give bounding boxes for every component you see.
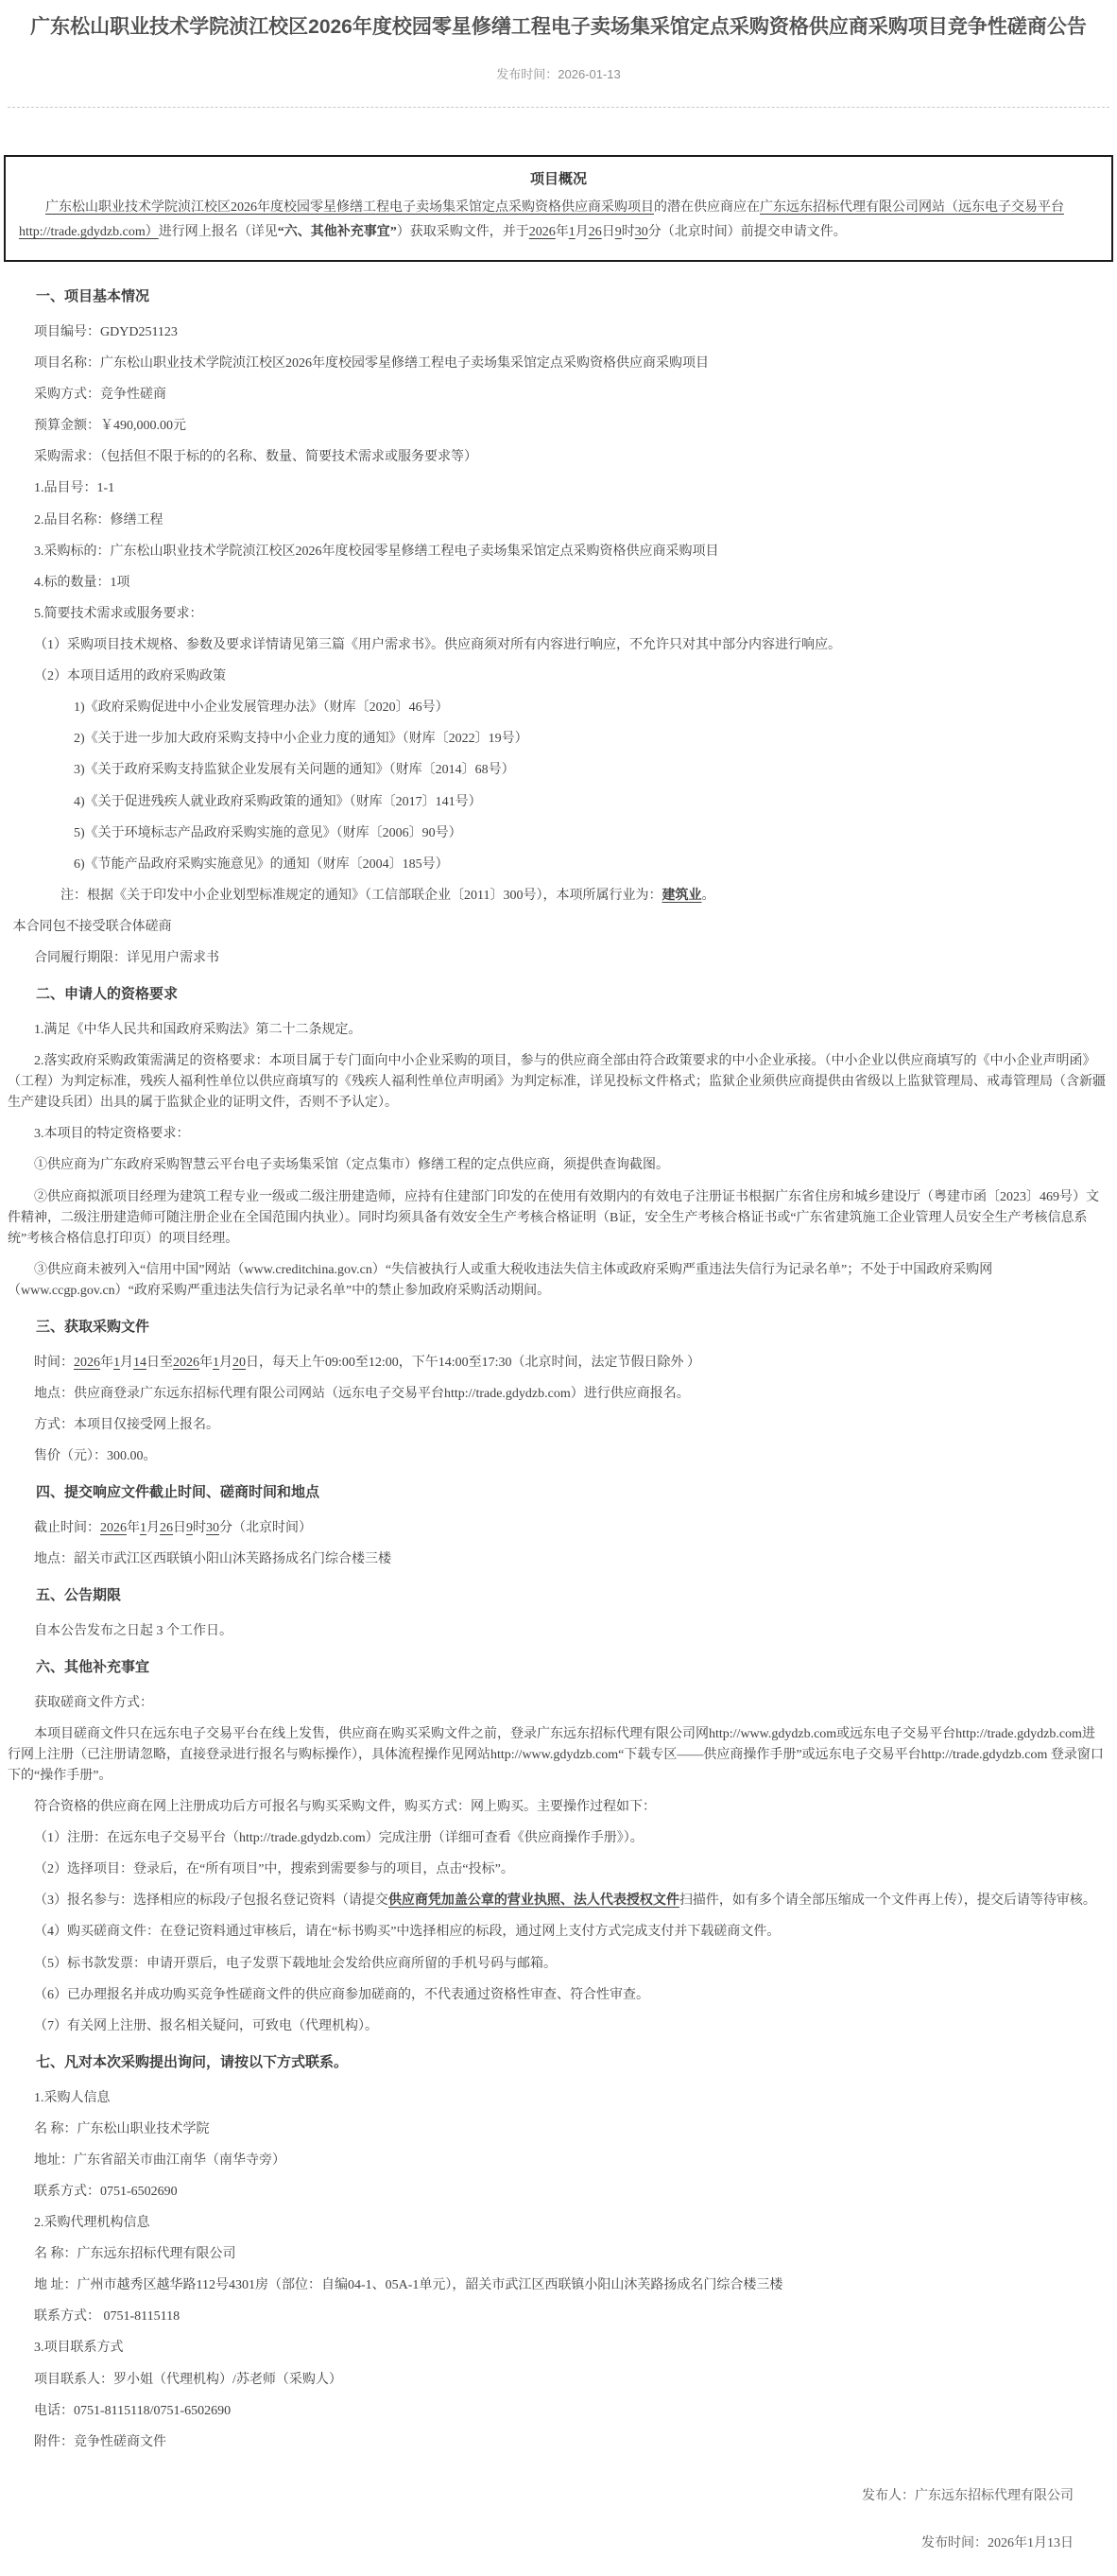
emphasized-text: 1 [569, 225, 576, 239]
text-run: 四、提交响应文件截止时间、磋商时间和地点 [36, 1484, 319, 1500]
text-run: （1）采购项目技术规格、参数及要求详情请见第三篇《用户需求书》。供应商须对所有内… [34, 638, 841, 652]
text-run: 6)《节能产品政府采购实施意见》的通知（财库〔2004〕185号） [74, 857, 449, 872]
text-run: 一、项目基本情况 [36, 288, 149, 304]
text-run: 1)《政府采购促进中小企业发展管理办法》（财库〔2020〕46号） [74, 700, 449, 715]
text-run: 地址：广东省韶关市曲江南华（南华寺旁） [34, 2153, 285, 2168]
text-run: 日，每天上午09:00至12:00，下午14:00至17:30（北京时间，法定节… [246, 1356, 700, 1370]
emphasized-text: 2026 [74, 1356, 100, 1370]
text-run: （4）购买磋商文件：在登记资料通过审核后，请在“标书购买”中选择相应的标段，通过… [34, 1925, 780, 1939]
paragraph: 地点：供应商登录广东远东招标代理有限公司网站（远东电子交易平台http://tr… [8, 1384, 1106, 1405]
emphasized-text: 供应商凭加盖公章的营业执照、法人代表授权文件 [388, 1893, 679, 1908]
text-run: 3.本项目的特定资格要求： [34, 1127, 190, 1141]
paragraph: 获取磋商文件方式： [8, 1693, 1106, 1714]
paragraph: 1)《政府采购促进中小企业发展管理办法》（财库〔2020〕46号） [8, 698, 1106, 718]
text-run: 月 [146, 1521, 160, 1535]
text-run: 地点：韶关市武江区西联镇小阳山沐芙路扬成名门综合楼三楼 [34, 1552, 391, 1566]
text-run: 联系方式：0751-6502690 [34, 2185, 178, 2199]
emphasized-text: 建筑业 [662, 889, 701, 903]
paragraph: 时间：2026年1月14日至2026年1月20日，每天上午09:00至12:00… [8, 1353, 1106, 1374]
paragraph: 5)《关于环境标志产品政府采购实施的意见》（财库〔2006〕90号） [8, 823, 1106, 844]
text-run: 4)《关于促进残疾人就业政府采购政策的通知》（财库〔2017〕141号） [74, 795, 482, 809]
paragraph: 注：根据《关于印发中小企业划型标准规定的通知》（工信部联企业〔2011〕300号… [8, 886, 1106, 907]
paragraph: 4)《关于促进残疾人就业政府采购政策的通知》（财库〔2017〕141号） [8, 792, 1106, 813]
paragraph: （4）购买磋商文件：在登记资料通过审核后，请在“标书购买”中选择相应的标段，通过… [8, 1922, 1106, 1943]
text-run: ①供应商为广东政府采购智慧云平台电子卖场集采馆（定点集市）修缮工程的定点供应商，… [34, 1158, 669, 1172]
text-run: 的潜在供应商应在 [654, 200, 760, 215]
text-run: 项目名称：广东松山职业技术学院浈江校区2026年度校园零星修缮工程电子卖场集采馆… [34, 356, 709, 371]
paragraph: （1）采购项目技术规格、参数及要求详情请见第三篇《用户需求书》。供应商须对所有内… [8, 635, 1106, 656]
text-run: 分 [648, 225, 662, 239]
emphasized-text: 26 [160, 1521, 173, 1535]
paragraph: 预算金额：￥490,000.00元 [8, 416, 1106, 437]
paragraph: （3）报名参与：选择相应的标段/子包报名登记资料（请提交供应商凭加盖公章的营业执… [8, 1891, 1106, 1911]
text-run: 3)《关于政府采购支持监狱企业发展有关问题的通知》（财库〔2014〕68号） [74, 763, 515, 777]
paragraph: 联系方式：0751-6502690 [8, 2182, 1106, 2203]
emphasized-text: 9 [615, 225, 622, 239]
text-run: 售价（元）：300.00。 [34, 1449, 157, 1463]
emphasized-text: 2026 [529, 225, 556, 239]
text-run: （2）本项目适用的政府采购政策 [34, 669, 226, 683]
text-run: 名 称：广东松山职业技术学院 [34, 2122, 210, 2136]
text-run: 2.品目名称：修缮工程 [34, 513, 163, 527]
paragraph: 3.采购标的：广东松山职业技术学院浈江校区2026年度校园零星修缮工程电子卖场集… [8, 542, 1106, 562]
text-run: 3.采购标的：广东松山职业技术学院浈江校区2026年度校园零星修缮工程电子卖场集… [34, 545, 719, 559]
text-run: 月 [120, 1356, 133, 1370]
dashed-divider [8, 107, 1109, 108]
publish-time: 发布时间：2026-01-13 [0, 64, 1117, 82]
emphasized-text: 1 [140, 1521, 146, 1535]
document-body: 一、项目基本情况项目编号：GDYD251123项目名称：广东松山职业技术学院浈江… [0, 262, 1117, 2453]
paragraph: ①供应商为广东政府采购智慧云平台电子卖场集采馆（定点集市）修缮工程的定点供应商，… [8, 1155, 1106, 1176]
paragraph: 附件：竞争性磋商文件 [8, 2432, 1106, 2453]
emphasized-text: 1 [113, 1356, 120, 1370]
paragraph: 名 称：广东远东招标代理有限公司 [8, 2244, 1106, 2265]
paragraph: 电话：0751-8115118/0751-6502690 [8, 2401, 1106, 2422]
text-run: 时 [193, 1521, 206, 1535]
text-run: 年 [100, 1356, 113, 1370]
text-run: 2.采购代理机构信息 [34, 2216, 150, 2230]
text-run: 时间： [34, 1356, 74, 1370]
text-run: 联系方式： 0751-8115118 [34, 2309, 180, 2324]
emphasized-text: 2026 [100, 1521, 127, 1535]
text-run: 5.简要技术需求或服务要求： [34, 607, 203, 621]
paragraph: 4.标的数量：1项 [8, 573, 1106, 594]
text-run: 本项目磋商文件只在远东电子交易平台在线上发售，供应商在购买采购文件之前，登录广东… [8, 1727, 1104, 1783]
paragraph: 5.简要技术需求或服务要求： [8, 604, 1106, 625]
text-run: 。 [701, 889, 714, 903]
emphasized-text: 9 [186, 1521, 193, 1535]
text-run: 方式：本项目仅接受网上报名。 [34, 1418, 219, 1432]
text-run: 五、公告期限 [36, 1587, 121, 1603]
emphasized-text: 30 [635, 225, 648, 239]
text-run: ②供应商拟派项目经理为建筑工程专业一级或二级注册建造师，应持有住建部门印发的在使… [8, 1190, 1099, 1246]
text-run: （5）标书款发票：申请开票后，电子发票下载地址会发给供应商所留的手机号码与邮箱。 [34, 1957, 557, 1971]
text-run: 附件：竞争性磋商文件 [34, 2435, 166, 2449]
footer-publisher: 发布人：广东远东招标代理有限公司 [0, 2485, 1074, 2504]
paragraph: （2）本项目适用的政府采购政策 [8, 666, 1106, 687]
emphasized-text: 1 [213, 1356, 219, 1370]
paragraph: 本项目磋商文件只在远东电子交易平台在线上发售，供应商在购买采购文件之前，登录广东… [8, 1724, 1106, 1787]
paragraph: 地 址：广州市越秀区越华路112号4301房（部位：自编04-1、05A-1单元… [8, 2275, 1106, 2296]
document-footer: 发布人：广东远东招标代理有限公司 发布时间：2026年1月13日 [0, 2485, 1117, 2551]
paragraph: 地址：广东省韶关市曲江南华（南华寺旁） [8, 2151, 1106, 2171]
emphasized-text: 26 [589, 225, 602, 239]
text-run: 年 [556, 225, 569, 239]
paragraph: 地点：韶关市武江区西联镇小阳山沐芙路扬成名门综合楼三楼 [8, 1549, 1106, 1570]
text-run: 日至 [146, 1356, 173, 1370]
text-run: 二、申请人的资格要求 [36, 986, 178, 1002]
paragraph: 采购方式：竞争性磋商 [8, 385, 1106, 406]
paragraph: 售价（元）：300.00。 [8, 1446, 1106, 1467]
text-run: （3）报名参与：选择相应的标段/子包报名登记资料（请提交 [34, 1893, 388, 1908]
paragraph: 3)《关于政府采购支持监狱企业发展有关问题的通知》（财库〔2014〕68号） [8, 760, 1106, 781]
text-run: 地 址：广州市越秀区越华路112号4301房（部位：自编04-1、05A-1单元… [34, 2278, 782, 2292]
text-run: 截止时间： [34, 1521, 100, 1535]
paragraph: 本合同包不接受联合体磋商 [8, 917, 1106, 938]
text-run: 年 [199, 1356, 213, 1370]
text-run: 3.项目联系方式 [34, 2341, 124, 2355]
text-run: 1.品目号：1-1 [34, 481, 114, 495]
text-run: 采购方式：竞争性磋商 [34, 388, 166, 402]
text-run: 符合资格的供应商在网上注册成功后方可报名与购买采购文件，购买方式：网上购买。主要… [34, 1800, 656, 1814]
paragraph: 1.满足《中华人民共和国政府采购法》第二十二条规定。 [8, 1020, 1106, 1041]
text-run: 项目联系人：罗小姐（代理机构）/苏老师（采购人） [34, 2373, 342, 2387]
paragraph: 2.采购代理机构信息 [8, 2213, 1106, 2234]
text-run: ）获取采购文件，并于 [397, 225, 529, 239]
paragraph: 符合资格的供应商在网上注册成功后方可报名与购买采购文件，购买方式：网上购买。主要… [8, 1797, 1106, 1818]
paragraph: 1.品目号：1-1 [8, 478, 1106, 499]
paragraph: 项目联系人：罗小姐（代理机构）/苏老师（采购人） [8, 2370, 1106, 2391]
text-run: 2)《关于进一步加大政府采购支持中小企业力度的通知》（财库〔2022〕19号） [74, 732, 528, 746]
paragraph: （1）注册：在远东电子交易平台（http://trade.gdydzb.com）… [8, 1828, 1106, 1849]
paragraph: ③供应商未被列入“信用中国”网站（www.creditchina.gov.cn）… [8, 1260, 1106, 1302]
text-run: 4.标的数量：1项 [34, 576, 130, 590]
text-run: （1）注册：在远东电子交易平台（http://trade.gdydzb.com）… [34, 1831, 644, 1845]
paragraph: 自本公告发布之日起 3 个工作日。 [8, 1621, 1106, 1642]
text-run: 进行网上报名（详见 [159, 225, 278, 239]
text-run: ③供应商未被列入“信用中国”网站（www.creditchina.gov.cn）… [8, 1263, 992, 1298]
text-run: 日 [602, 225, 615, 239]
text-run: 七、凡对本次采购提出询问，请按以下方式联系。 [36, 2054, 348, 2070]
paragraph: 6)《节能产品政府采购实施意见》的通知（财库〔2004〕185号） [8, 855, 1106, 875]
paragraph: 2)《关于进一步加大政府采购支持中小企业力度的通知》（财库〔2022〕19号） [8, 729, 1106, 750]
paragraph: （6）已办理报名并成功购买竞争性磋商文件的供应商参加磋商的，不代表通过资格性审查… [8, 1985, 1106, 2006]
text-run: 自本公告发布之日起 3 个工作日。 [34, 1624, 232, 1638]
text-run: （7）有关网上注册、报名相关疑问，可致电（代理机构）。 [34, 2019, 378, 2033]
emphasized-text: “六、其他补充事宜” [278, 225, 397, 239]
text-run: 项目编号：GDYD251123 [34, 325, 178, 339]
text-run: 年 [127, 1521, 140, 1535]
text-run: 扫描件，如有多个请全部压缩成一个文件再上传），提交后请等待审核。 [679, 1893, 1096, 1908]
paragraph: 名 称：广东松山职业技术学院 [8, 2119, 1106, 2140]
text-run: 月 [219, 1356, 232, 1370]
text-run: 三、获取采购文件 [36, 1319, 149, 1335]
section-heading: 四、提交响应文件截止时间、磋商时间和地点 [8, 1481, 1106, 1504]
section-heading: 二、申请人的资格要求 [8, 983, 1106, 1006]
text-run: 时 [622, 225, 635, 239]
paragraph: 合同履行期限：详见用户需求书 [8, 948, 1106, 969]
emphasized-text: 14 [133, 1356, 146, 1370]
text-run: 获取磋商文件方式： [34, 1696, 153, 1710]
paragraph: 1.采购人信息 [8, 2088, 1106, 2109]
text-run: 月 [576, 225, 589, 239]
paragraph: 项目编号：GDYD251123 [8, 322, 1106, 343]
section-heading: 五、公告期限 [8, 1584, 1106, 1607]
project-overview-box: 项目概况 广东松山职业技术学院浈江校区2026年度校园零星修缮工程电子卖场集采馆… [4, 155, 1113, 262]
text-run: 2.落实政府采购政策需满足的资格要求：本项目属于专门面向中小企业采购的项目，参与… [8, 1054, 1106, 1110]
text-run: （6）已办理报名并成功购买竞争性磋商文件的供应商参加磋商的，不代表通过资格性审查… [34, 1988, 649, 2002]
text-run: 名 称：广东远东招标代理有限公司 [34, 2247, 236, 2261]
paragraph: 项目名称：广东松山职业技术学院浈江校区2026年度校园零星修缮工程电子卖场集采馆… [8, 354, 1106, 374]
text-run: 注：根据《关于印发中小企业划型标准规定的通知》（工信部联企业〔2011〕300号… [60, 889, 662, 903]
text-run: 六、其他补充事宜 [36, 1659, 149, 1675]
paragraph: 2.品目名称：修缮工程 [8, 510, 1106, 531]
text-run: 地点：供应商登录广东远东招标代理有限公司网站（远东电子交易平台http://tr… [34, 1387, 690, 1401]
text-run: 日 [173, 1521, 186, 1535]
footer-publish-date: 发布时间：2026年1月13日 [0, 2533, 1074, 2551]
text-run: 本合同包不接受联合体磋商 [13, 920, 172, 934]
section-heading: 七、凡对本次采购提出询问，请按以下方式联系。 [8, 2051, 1106, 2074]
paragraph: （2）选择项目：登录后，在“所有项目”中，搜索到需要参与的项目，点击“投标”。 [8, 1859, 1106, 1880]
text-run: 合同履行期限：详见用户需求书 [34, 951, 219, 965]
section-heading: 六、其他补充事宜 [8, 1656, 1106, 1679]
paragraph: 2.落实政府采购政策需满足的资格要求：本项目属于专门面向中小企业采购的项目，参与… [8, 1051, 1106, 1114]
text-run: 5)《关于环境标志产品政府采购实施的意见》（财库〔2006〕90号） [74, 826, 462, 840]
text-run: 采购需求：（包括但不限于标的的名称、数量、简要技术需求或服务要求等） [34, 450, 477, 464]
paragraph: 3.本项目的特定资格要求： [8, 1124, 1106, 1145]
text-run: 电话：0751-8115118/0751-6502690 [34, 2404, 231, 2418]
emphasized-text: 2026 [173, 1356, 199, 1370]
section-heading: 三、获取采购文件 [8, 1316, 1106, 1339]
paragraph: （5）标书款发票：申请开票后，电子发票下载地址会发给供应商所留的手机号码与邮箱。 [8, 1954, 1106, 1975]
paragraph: 方式：本项目仅接受网上报名。 [8, 1415, 1106, 1436]
text-run: （北京时间）前提交申请文件。 [662, 225, 847, 239]
text-run: 1.满足《中华人民共和国政府采购法》第二十二条规定。 [34, 1023, 362, 1037]
text-run: （2）选择项目：登录后，在“所有项目”中，搜索到需要参与的项目，点击“投标”。 [34, 1862, 514, 1876]
text-run: 预算金额：￥490,000.00元 [34, 419, 186, 433]
emphasized-text: 广东松山职业技术学院浈江校区2026年度校园零星修缮工程电子卖场集采馆定点采购资… [45, 200, 654, 215]
text-run: 分（北京时间） [219, 1521, 312, 1535]
paragraph: （7）有关网上注册、报名相关疑问，可致电（代理机构）。 [8, 2016, 1106, 2037]
overview-heading: 项目概况 [19, 168, 1098, 188]
paragraph: 联系方式： 0751-8115118 [8, 2307, 1106, 2327]
overview-paragraph: 广东松山职业技术学院浈江校区2026年度校园零星修缮工程电子卖场集采馆定点采购资… [19, 196, 1098, 245]
emphasized-text: 20 [232, 1356, 246, 1370]
paragraph: ②供应商拟派项目经理为建筑工程专业一级或二级注册建造师，应持有住建部门印发的在使… [8, 1187, 1106, 1250]
section-heading: 一、项目基本情况 [8, 285, 1106, 308]
announcement-page: 广东松山职业技术学院浈江校区2026年度校园零星修缮工程电子卖场集采馆定点采购资… [0, 0, 1117, 2576]
paragraph: 3.项目联系方式 [8, 2338, 1106, 2359]
page-title: 广东松山职业技术学院浈江校区2026年度校园零星修缮工程电子卖场集采馆定点采购资… [0, 0, 1117, 42]
emphasized-text: 30 [206, 1521, 219, 1535]
paragraph: 截止时间：2026年1月26日9时30分（北京时间） [8, 1518, 1106, 1539]
text-run: 1.采购人信息 [34, 2091, 111, 2105]
paragraph: 采购需求：（包括但不限于标的的名称、数量、简要技术需求或服务要求等） [8, 447, 1106, 468]
